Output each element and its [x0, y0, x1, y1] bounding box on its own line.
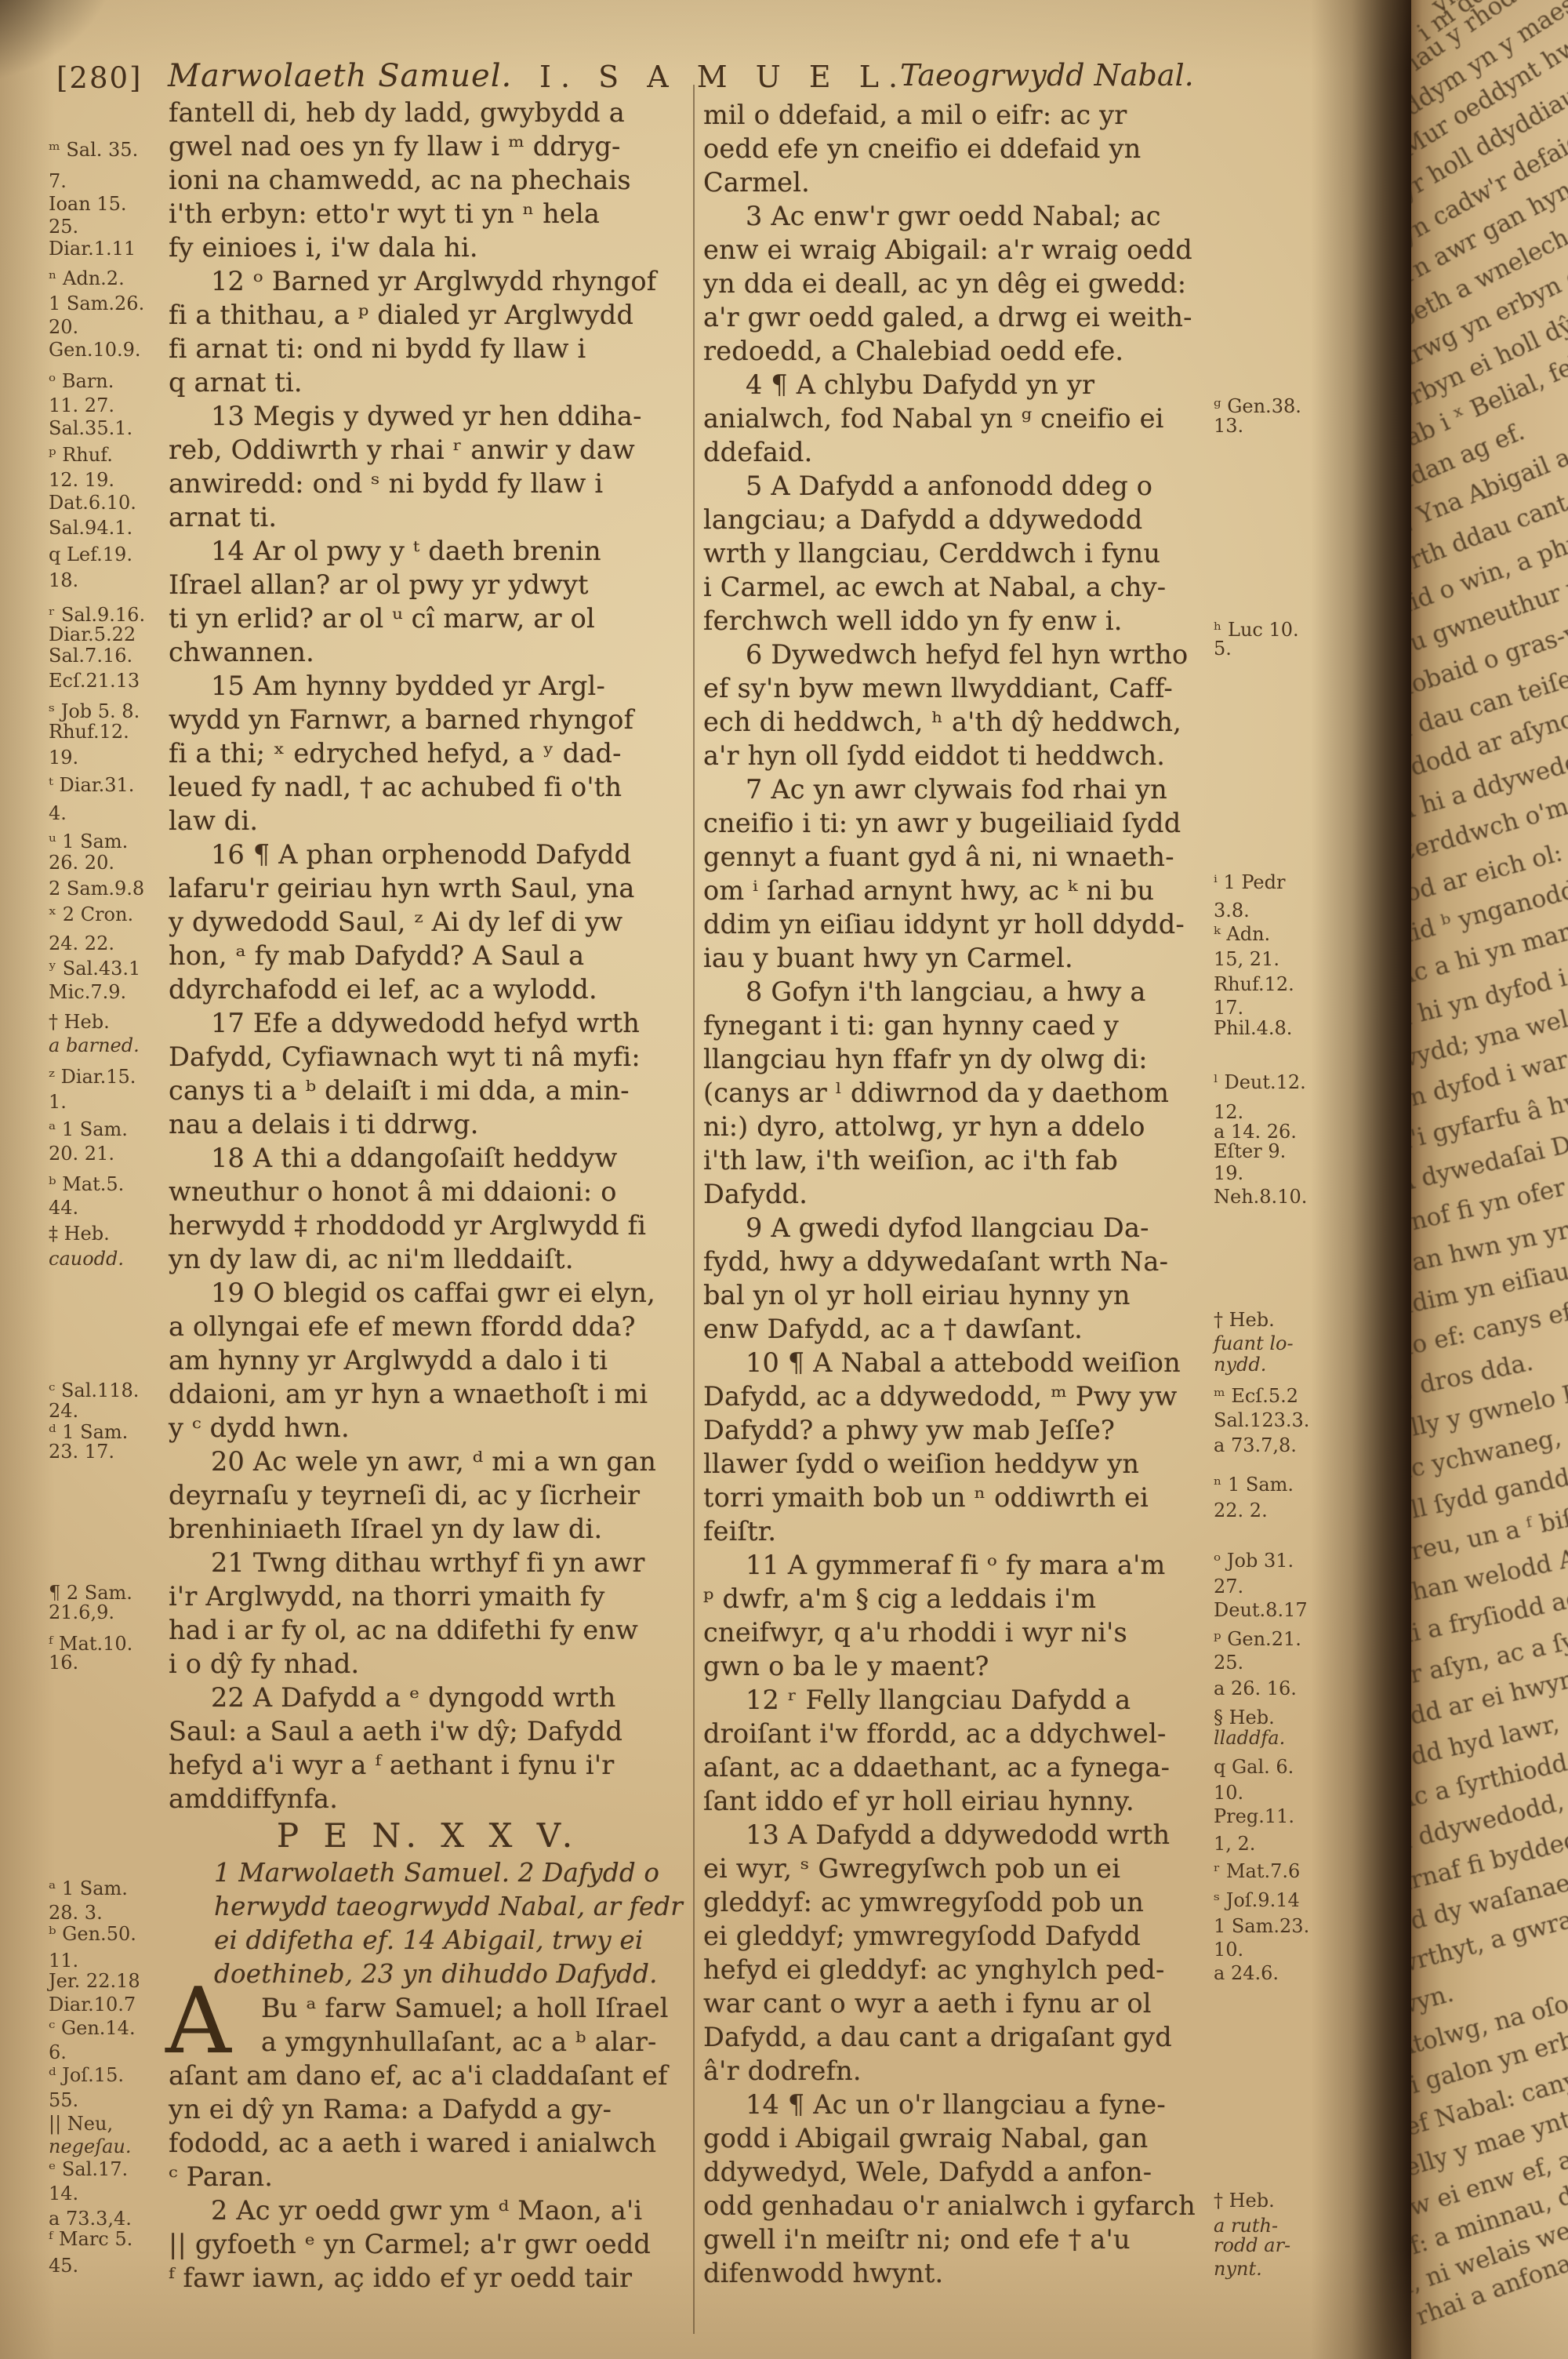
margin-note: 21.6,9.	[49, 1602, 114, 1623]
text-line: 11 A gymmeraf fi ᵒ fy mara a'm	[703, 1548, 1211, 1582]
text-line: yn dy law di, ac ni'm lleddaiſt.	[169, 1242, 688, 1276]
margin-note: 12.	[1214, 1102, 1243, 1122]
margin-note: ᵐ Sal. 35.	[49, 140, 138, 160]
margin-note: ᵗ Diar.31.	[49, 775, 134, 795]
margin-note: 19.	[1214, 1163, 1243, 1183]
margin-note: 20.	[49, 317, 78, 337]
margin-note: 23. 17.	[49, 1441, 114, 1462]
margin-note: Diar.5.22	[49, 624, 136, 645]
facing-page-edge: yn ỿ wnaeui ni ddim yn eiiau y rhodiaſom…	[1411, 0, 1568, 2359]
text-line: 21 Twng dithau wrthyf fi yn awr	[169, 1546, 688, 1579]
text-line: gennyt a fuant gyd â ni, ni wnaeth-	[703, 840, 1211, 874]
margin-note: ⁱ 1 Pedr	[1214, 872, 1285, 892]
margin-note: ˣ 2 Cron.	[49, 904, 133, 925]
text-line: wydd yn Farnwr, a barned rhyngof	[169, 703, 688, 736]
text-line: y ᶜ dydd hwn.	[169, 1411, 688, 1445]
margin-note: 1, 2.	[1214, 1834, 1255, 1854]
text-line: arnat ti.	[169, 500, 688, 534]
text-line: leued fy nadl, † ac achubed fi o'th	[169, 770, 688, 804]
text-line: 2 Ac yr oedd gwr ym ᵈ Maon, a'i	[169, 2194, 688, 2227]
margin-note: Ioan 15.	[49, 194, 127, 214]
text-line: canys ti a ᵇ delaiſt i mi dda, a min-	[169, 1074, 688, 1107]
text-line: wneuthur o honot â mi ddaioni: o	[169, 1175, 688, 1209]
margin-note: 10.	[1214, 1783, 1243, 1803]
margin-note: ᵒ Barn.	[49, 371, 114, 391]
margin-note: ᵇ Gen.50.	[49, 1924, 136, 1944]
text-line: brenhiniaeth Iſrael yn dy law di.	[169, 1512, 688, 1546]
text-line: ᵖ dwfr, a'm § cig a leddais i'm	[703, 1582, 1211, 1616]
text-line: bal yn ol yr holl eiriau hynny yn	[703, 1278, 1211, 1312]
margin-note: Mic.7.9.	[49, 982, 126, 1002]
text-line: a'r hyn oll ſydd eiddot ti heddwch.	[703, 739, 1211, 772]
margin-note: || Neu,	[49, 2114, 113, 2134]
text-line: ti yn erlid? ar ol ᵘ cî marw, ar ol	[169, 602, 688, 635]
margin-note: ʳ Mat.7.6	[1214, 1861, 1300, 1881]
text-line: hon, ᵃ fy mab Dafydd? A Saul a	[169, 939, 688, 972]
text-line: ei ddifetha ef. 14 Abigail, trwy ei	[169, 1924, 688, 1957]
margin-note: nydd.	[1214, 1354, 1266, 1375]
margin-note: § Heb.	[1214, 1707, 1275, 1728]
text-line: cneifio i ti: yn awr y bugeiliaid ſydd	[703, 806, 1211, 840]
text-line: ddaioni, am yr hyn a wnaethoſt i mi	[169, 1377, 688, 1411]
text-line: gwell i'n meiſtr ni; ond efe † a'u	[703, 2223, 1211, 2256]
margin-note: a ruth-	[1214, 2215, 1278, 2236]
text-line: ech di heddwch, ʰ a'th dŷ heddwch,	[703, 705, 1211, 739]
left-margin-notes: ᵐ Sal. 35.7.Ioan 15.25.Diar.1.11ⁿ Adn.2.…	[49, 0, 168, 2359]
text-line: 9 A gwedi dyfod llangciau Da-	[703, 1211, 1211, 1245]
text-line: 12 ᵒ Barned yr Arglwydd rhyngof	[169, 264, 688, 298]
text-line: hefyd ei gleddyf: ac ynghylch ped-	[703, 1953, 1211, 1986]
margin-note: 26. 20.	[49, 852, 114, 873]
margin-note: fuant lo-	[1214, 1333, 1294, 1354]
text-line: torri ymaith bob un ⁿ oddiwrth ei	[703, 1481, 1211, 1514]
text-line: 3 Ac enw'r gwr oedd Nabal; ac	[703, 199, 1211, 233]
text-line: Dafydd, a dau cant a drigaſant gyd	[703, 2020, 1211, 2054]
text-line: fi a thi; ˣ edryched hefyd, a ʸ dad-	[169, 736, 688, 770]
text-line: ei wyr, ˢ Gwregyſwch pob un ei	[703, 1852, 1211, 1885]
margin-note: q Lef.19.	[49, 544, 132, 565]
text-line: ddefaid.	[703, 435, 1211, 469]
text-line: Saul: a Saul a aeth i'w dŷ; Dafydd	[169, 1714, 688, 1748]
margin-note: 13.	[1214, 416, 1243, 436]
margin-note: 12. 19.	[49, 470, 114, 490]
text-line: fi a thithau, a ᵖ dialed yr Arglwydd	[169, 298, 688, 332]
margin-note: 18.	[49, 570, 78, 591]
margin-note: 1 Sam.23.	[1214, 1916, 1309, 1936]
margin-note: ᵖ Rhuf.	[49, 445, 113, 465]
margin-note: Sal.35.1.	[49, 418, 132, 438]
text-line: gwel nad oes yn fy llaw i ᵐ ddryg-	[169, 129, 688, 163]
margin-note: ᵏ Adn.	[1214, 924, 1270, 944]
margin-note: Sal.7.16.	[49, 645, 132, 666]
margin-note: 2 Sam.9.8	[49, 878, 144, 899]
margin-note: Dat.6.10.	[49, 493, 136, 513]
margin-note: † Heb.	[49, 1012, 110, 1032]
text-line: anwiredd: ond ˢ ni bydd fy llaw i	[169, 467, 688, 500]
text-line: ᶜ Paran.	[169, 2160, 688, 2194]
margin-note: ᵃ 1 Sam.	[49, 1119, 128, 1140]
margin-note: 3.8.	[1214, 900, 1250, 921]
text-line: am hynny yr Arglwydd a dalo i ti	[169, 1343, 688, 1377]
text-line: amddiffynfa.	[169, 1782, 688, 1816]
text-line: Bu ᵃ farw Samuel; a holl Iſrael	[169, 1991, 688, 2025]
margin-note: 24.	[49, 1401, 78, 1421]
margin-note: Diar.10.7	[49, 1994, 136, 2015]
text-line: reb, Oddiwrth y rhai ʳ anwir y daw	[169, 433, 688, 467]
margin-note: ᵘ 1 Sam.	[49, 831, 128, 852]
margin-note: 7.	[49, 171, 67, 191]
margin-note: ᵈ Joſ.15.	[49, 2065, 124, 2085]
text-line: fi arnat ti: ond ni bydd fy llaw i	[169, 332, 688, 365]
margin-note: 4.	[49, 803, 67, 823]
margin-note: a 24.6.	[1214, 1963, 1279, 1983]
text-line: 8 Gofyn i'th langciau, a hwy a	[703, 975, 1211, 1009]
margin-note: Ecſ.21.13	[49, 671, 140, 691]
text-line: ddywedyd, Wele, Dafydd a anfon-	[703, 2155, 1211, 2189]
text-line: 13 A Dafydd a ddywedodd wrth	[703, 1818, 1211, 1852]
margin-note: Preg.11.	[1214, 1806, 1294, 1826]
text-line: fantell di, heb dy ladd, gwybydd a	[169, 96, 688, 129]
text-line: mil o ddefaid, a mil o eifr: ac yr	[703, 98, 1211, 132]
margin-note: Sal.94.1.	[49, 518, 132, 538]
text-line: q arnat ti.	[169, 365, 688, 399]
text-line: 20 Ac wele yn awr, ᵈ mi a wn gan	[169, 1445, 688, 1478]
margin-note: negeſau.	[49, 2136, 132, 2157]
margin-note: ᶜ Gen.14.	[49, 2018, 136, 2038]
margin-note: 6.	[49, 2042, 67, 2063]
text-line: droiſant i'w ffordd, ac a ddychwel-	[703, 1717, 1211, 1750]
text-line: Dafydd, Cyfiawnach wyt ti nâ myfi:	[169, 1040, 688, 1074]
margin-note: Neh.8.10.	[1214, 1187, 1307, 1207]
text-line: a ollyngai efe ef mewn ffordd dda?	[169, 1310, 688, 1343]
margin-note: 17.	[1214, 998, 1243, 1018]
text-column-left: A fantell di, heb dy ladd, gwybydd agwel…	[169, 96, 688, 2295]
text-line: (canys ar ˡ ddiwrnod da y daethom	[703, 1076, 1211, 1110]
text-line: ef sy'n byw mewn llwyddiant, Caff-	[703, 671, 1211, 705]
text-line: aſant, ac a ddaethant, ac a fynega-	[703, 1750, 1211, 1784]
facing-page-text-line: wyn.	[1411, 1981, 1456, 2019]
margin-note: lladdfa.	[1214, 1728, 1285, 1748]
text-line: godd i Abigail gwraig Nabal, gan	[703, 2121, 1211, 2155]
text-line: ddim yn eiſiau iddynt yr holl ddydd-	[703, 907, 1211, 941]
margin-note: 45.	[49, 2255, 78, 2276]
running-title-left: Marwolaeth Samuel.	[168, 58, 512, 94]
margin-note: Sal.123.3.	[1214, 1410, 1309, 1430]
text-line: Dafydd.	[703, 1177, 1211, 1211]
text-line: law di.	[169, 804, 688, 838]
text-line: Iſrael allan? ar ol pwy yr ydwyt	[169, 568, 688, 602]
margin-note: 1 Sam.26.	[49, 293, 144, 314]
text-line: 15 Am hynny bydded yr Argl-	[169, 669, 688, 703]
margin-note: 27.	[1214, 1576, 1243, 1597]
margin-note: 25.	[49, 216, 78, 237]
text-line: Dafydd? a phwy yw mab Jeſſe?	[703, 1413, 1211, 1447]
margin-note: Deut.8.17	[1214, 1600, 1308, 1620]
margin-note: Eſter 9.	[1214, 1141, 1286, 1161]
margin-note: 1.	[49, 1092, 67, 1112]
margin-note: † Heb.	[1214, 1310, 1275, 1330]
margin-note: Gen.10.9.	[49, 340, 141, 360]
text-line: 17 Efe a ddywedodd hefyd wrth	[169, 1006, 688, 1040]
text-line: â'r dodrefn.	[703, 2054, 1211, 2088]
margin-note: ˡ Deut.12.	[1214, 1072, 1306, 1092]
text-line: cneifwyr, q a'u rhoddi i wyr ni's	[703, 1616, 1211, 1649]
text-line: ni:) dyro, attolwg, yr hyn a ddelo	[703, 1110, 1211, 1143]
text-line: doethineb, 23 yn dihuddo Dafydd.	[169, 1957, 688, 1991]
text-line: nau a delais i ti ddrwg.	[169, 1107, 688, 1141]
margin-note: Rhuf.12.	[1214, 974, 1294, 994]
text-line: 18 A thi a ddangoſaiſt heddyw	[169, 1141, 688, 1175]
margin-note: ʳ Sal.9.16.	[49, 605, 145, 625]
margin-note: a 26. 16.	[1214, 1678, 1297, 1699]
text-line: fododd, ac a aeth i wared i anialwch	[169, 2126, 688, 2160]
text-line: had i ar fy ol, ac na ddifethi fy enw	[169, 1613, 688, 1647]
text-line: yn ei dŷ yn Rama: a Dafydd a gy-	[169, 2092, 688, 2126]
gutter-shadow	[1311, 0, 1413, 2359]
margin-note: a barned.	[49, 1035, 140, 1056]
margin-note: ˢ Joſ.9.14	[1214, 1890, 1300, 1910]
margin-note: 19.	[49, 747, 78, 768]
text-line: i o dŷ fy nhad.	[169, 1647, 688, 1681]
text-line: feiſtr.	[703, 1514, 1211, 1548]
text-line: langciau; a Dafydd a ddywedodd	[703, 503, 1211, 536]
margin-note: ᶻ Diar.15.	[49, 1067, 136, 1087]
text-line: y dywedodd Saul, ᶻ Ai dy lef di yw	[169, 905, 688, 939]
text-line: difenwodd hwynt.	[703, 2256, 1211, 2290]
margin-note: Diar.1.11	[49, 238, 136, 259]
margin-note: † Heb.	[1214, 2190, 1275, 2211]
text-line: odd genhadau o'r anialwch i gyfarch	[703, 2189, 1211, 2223]
book-scan-photo: [280] Marwolaeth Samuel. I. S A M U E L.…	[0, 0, 1568, 2359]
margin-note: rodd ar-	[1214, 2235, 1290, 2255]
margin-note: 25.	[1214, 1652, 1243, 1673]
margin-note: ᵉ Sal.17.	[49, 2159, 128, 2179]
margin-note: Jer. 22.18	[49, 1971, 140, 1991]
text-line: fydd, hwy a ddywedaſant wrth Na-	[703, 1245, 1211, 1278]
margin-note: ᵒ Job 31.	[1214, 1550, 1294, 1571]
margin-note: a 73.7,8.	[1214, 1435, 1297, 1456]
margin-note: Rhuf.12.	[49, 722, 129, 742]
text-line: lafaru'r geiriau hyn wrth Saul, yna	[169, 871, 688, 905]
margin-note: 5.	[1214, 638, 1232, 659]
text-line: gleddyf: ac ymwregyſodd pob un	[703, 1885, 1211, 1919]
margin-note: ᵈ 1 Sam.	[49, 1422, 128, 1442]
text-line: ᶠ fawr iawn, aç iddo ef yr oedd tair	[169, 2261, 688, 2295]
book-title: I. S A M U E L.	[539, 60, 907, 94]
margin-note: 10.	[1214, 1939, 1243, 1960]
text-line: ddyrchafodd ei lef, ac a wylodd.	[169, 972, 688, 1006]
text-line: i'th erbyn: etto'r wyt ti yn ⁿ hela	[169, 197, 688, 231]
text-line: wrth y llangciau, Cerddwch i fynu	[703, 536, 1211, 570]
text-line: 19 O blegid os caffai gwr ei elyn,	[169, 1276, 688, 1310]
text-line: llawer ſydd o weiſion heddyw yn	[703, 1447, 1211, 1481]
text-line: 13 Megis y dywed yr hen ddiha-	[169, 399, 688, 433]
margin-note: ⁿ Adn.2.	[49, 268, 125, 289]
text-line: war cant o wyr a aeth i fynu ar ol	[703, 1986, 1211, 2020]
text-line: 16 ¶ A phan orphenodd Dafydd	[169, 838, 688, 871]
margin-note: cauodd.	[49, 1249, 124, 1269]
text-line: i Carmel, ac ewch at Nabal, a chy-	[703, 570, 1211, 604]
margin-note: nynt.	[1214, 2259, 1262, 2279]
text-line: chwannen.	[169, 635, 688, 669]
text-line: hefyd a'i wyr a ᶠ aethant i fynu i'r	[169, 1748, 688, 1782]
text-line: fynegant i ti: gan hynny caed y	[703, 1009, 1211, 1042]
text-line: 4 ¶ A chlybu Dafydd yn yr	[703, 368, 1211, 402]
margin-note: ᶠ Marc 5.	[49, 2229, 132, 2249]
margin-note: 24. 22.	[49, 933, 114, 954]
margin-note: ᵐ Ecſ.5.2	[1214, 1386, 1298, 1406]
text-line: enw Dafydd, ac a † dawſant.	[703, 1312, 1211, 1346]
text-line: P E N. X X V.	[169, 1816, 688, 1856]
drop-cap-initial: A	[165, 1976, 231, 2067]
text-line: 1 Marwolaeth Samuel. 2 Dafydd o	[169, 1856, 688, 1890]
text-line: herwydd taeogrwydd Nabal, ar fedr	[169, 1890, 688, 1924]
text-line: a ymgynhullaſant, ac a ᵇ alar-	[169, 2025, 688, 2059]
text-line: yn dda ei deall, ac yn dêg ei gwedd:	[703, 267, 1211, 300]
margin-note: ʸ Sal.43.1	[49, 958, 140, 979]
text-line: ioni na chamwedd, ac na phechais	[169, 163, 688, 197]
margin-note: ᵍ Gen.38.	[1214, 396, 1301, 416]
margin-note: 28. 3.	[49, 1903, 103, 1923]
text-line: oedd efe yn cneifio ei ddefaid yn	[703, 132, 1211, 165]
text-line: ſant iddo ef yr holl eiriau hynny.	[703, 1784, 1211, 1818]
margin-note: ᵖ Gen.21.	[1214, 1629, 1301, 1649]
margin-note: 11. 27.	[49, 395, 114, 416]
margin-note: 22. 2.	[1214, 1500, 1268, 1521]
margin-note: ᶜ Sal.118.	[49, 1380, 139, 1401]
text-line: 14 ¶ Ac un o'r llangciau a fyne-	[703, 2088, 1211, 2121]
text-line: iau y buant hwy yn Carmel.	[703, 941, 1211, 975]
text-line: herwydd ‡ rhoddodd yr Arglwydd fi	[169, 1209, 688, 1242]
text-line: Carmel.	[703, 165, 1211, 199]
margin-note: 55.	[49, 2090, 78, 2110]
text-line: 12 ʳ Felly llangciau Dafydd a	[703, 1683, 1211, 1717]
text-line: llangciau hyn ffafr yn dy olwg di:	[703, 1042, 1211, 1076]
margin-note: 16.	[49, 1652, 78, 1673]
text-line: ei gleddyf; ymwregyſodd Dafydd	[703, 1919, 1211, 1953]
text-line: || gyfoeth ᵉ yn Carmel; a'r gwr oedd	[169, 2227, 688, 2261]
text-line: aſant am dano ef, ac a'i claddaſant ef	[169, 2059, 688, 2092]
margin-note: Phil.4.8.	[1214, 1018, 1292, 1038]
text-line: i'th law, i'th weiſion, ac i'th fab	[703, 1143, 1211, 1177]
text-line: fy einioes i, i'w dala hi.	[169, 231, 688, 264]
margin-note: ᵇ Mat.5.	[49, 1174, 124, 1194]
text-line: 10 ¶ A Nabal a attebodd weiſion	[703, 1346, 1211, 1379]
margin-note: 15, 21.	[1214, 949, 1279, 969]
text-line: deyrnaſu y teyrneſi di, ac y ſicrheir	[169, 1478, 688, 1512]
text-line: om ⁱ ſarhad arnynt hwy, ac ᵏ ni bu	[703, 874, 1211, 907]
margin-note: a 73.3,4.	[49, 2208, 132, 2229]
text-column-right: mil o ddefaid, a mil o eifr: ac yroedd e…	[703, 98, 1211, 2290]
margin-note: q Gal. 6.	[1214, 1757, 1294, 1777]
margin-note: 20. 21.	[49, 1143, 114, 1164]
text-line: a'r gwr oedd galed, a drwg ei weith-	[703, 300, 1211, 334]
margin-note: ˢ Job 5. 8.	[49, 701, 140, 722]
column-divider-rule	[693, 85, 695, 2334]
text-line: 6 Dywedwch hefyd fel hyn wrtho	[703, 638, 1211, 671]
margin-note: ‡ Heb.	[49, 1223, 110, 1244]
margin-note: ᵃ 1 Sam.	[49, 1878, 128, 1899]
text-line: 22 A Dafydd a ᵉ dyngodd wrth	[169, 1681, 688, 1714]
text-line: 7 Ac yn awr clywais fod rhai yn	[703, 772, 1211, 806]
margin-note: ⁿ 1 Sam.	[1214, 1474, 1294, 1495]
text-line: anialwch, fod Nabal yn ᵍ cneifio ei	[703, 402, 1211, 435]
text-line: ferchwch well iddo yn fy enw i.	[703, 604, 1211, 638]
text-line: 5 A Dafydd a anfonodd ddeg o	[703, 469, 1211, 503]
margin-note: a 14. 26.	[1214, 1121, 1297, 1142]
margin-note: 11.	[49, 1950, 78, 1971]
text-line: 14 Ar ol pwy y ᵗ daeth brenin	[169, 534, 688, 568]
margin-note: ¶ 2 Sam.	[49, 1583, 132, 1603]
text-line: redoedd, a Chalebiad oedd efe.	[703, 334, 1211, 368]
text-line: i'r Arglwydd, na thorri ymaith fy	[169, 1579, 688, 1613]
margin-note: 14.	[49, 2183, 78, 2204]
text-line: gwn o ba le y maent?	[703, 1649, 1211, 1683]
text-line: Dafydd, ac a ddywedodd, ᵐ Pwy yw	[703, 1379, 1211, 1413]
running-title-right: Taeogrwydd Nabal.	[900, 58, 1194, 93]
margin-note: 44.	[49, 1198, 78, 1218]
text-line: enw ei wraig Abigail: a'r wraig oedd	[703, 233, 1211, 267]
